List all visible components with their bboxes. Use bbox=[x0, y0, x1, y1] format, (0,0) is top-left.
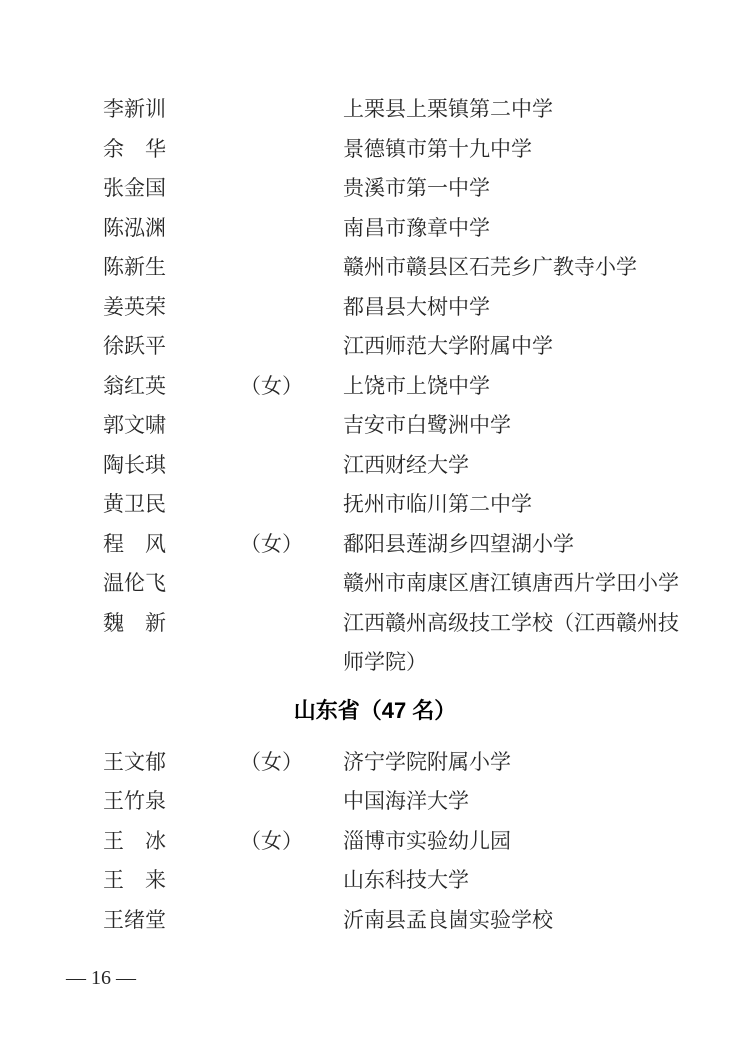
gender-marker: （女） bbox=[240, 743, 343, 783]
roster-row: 王 来 山东科技大学 bbox=[0, 861, 750, 901]
roster-row: 陈新生 赣州市赣县区石芫乡广教寺小学 bbox=[0, 248, 750, 288]
roster-row: 程 风 （女） 鄱阳县莲湖乡四望湖小学 bbox=[0, 525, 750, 565]
province-section: 山东省（47 名） 王文郁 （女） 济宁学院附属小学 王竹泉 中国海洋大学 王 … bbox=[0, 691, 750, 941]
school-name: 江西赣州高级技工学校（江西赣州技师学院） bbox=[343, 604, 680, 683]
roster-rows: 王文郁 （女） 济宁学院附属小学 王竹泉 中国海洋大学 王 冰 （女） 淄博市实… bbox=[0, 743, 750, 941]
person-name: 张金国 bbox=[103, 169, 240, 209]
person-name: 王绪堂 bbox=[103, 901, 240, 941]
gender-marker: （女） bbox=[240, 367, 343, 407]
roster-row: 王竹泉 中国海洋大学 bbox=[0, 782, 750, 822]
roster-row: 陈泓渊 南昌市豫章中学 bbox=[0, 209, 750, 249]
school-name: 山东科技大学 bbox=[343, 861, 680, 901]
roster: 李新训 上栗县上栗镇第二中学 余 华 景德镇市第十九中学 张金国 贵溪市第一中学… bbox=[0, 90, 750, 940]
person-name: 王 冰 bbox=[103, 822, 240, 862]
school-name: 抚州市临川第二中学 bbox=[343, 485, 680, 525]
school-name: 景德镇市第十九中学 bbox=[343, 130, 680, 170]
roster-row: 余 华 景德镇市第十九中学 bbox=[0, 130, 750, 170]
roster-rows: 李新训 上栗县上栗镇第二中学 余 华 景德镇市第十九中学 张金国 贵溪市第一中学… bbox=[0, 90, 750, 683]
school-name: 江西财经大学 bbox=[343, 446, 680, 486]
school-name: 沂南县孟良崮实验学校 bbox=[343, 901, 680, 941]
province-header: 山东省（47 名） bbox=[0, 691, 750, 731]
roster-row: 黄卫民 抚州市临川第二中学 bbox=[0, 485, 750, 525]
school-name: 淄博市实验幼儿园 bbox=[343, 822, 680, 862]
roster-row: 魏 新 江西赣州高级技工学校（江西赣州技师学院） bbox=[0, 604, 750, 683]
roster-row: 王 冰 （女） 淄博市实验幼儿园 bbox=[0, 822, 750, 862]
person-name: 陶长琪 bbox=[103, 446, 240, 486]
person-name: 魏 新 bbox=[103, 604, 240, 644]
person-name: 余 华 bbox=[103, 130, 240, 170]
roster-row: 郭文啸 吉安市白鹭洲中学 bbox=[0, 406, 750, 446]
school-name: 济宁学院附属小学 bbox=[343, 743, 680, 783]
person-name: 李新训 bbox=[103, 90, 240, 130]
roster-row: 王绪堂 沂南县孟良崮实验学校 bbox=[0, 901, 750, 941]
person-name: 王文郁 bbox=[103, 743, 240, 783]
page-number: — 16 — bbox=[66, 966, 136, 990]
person-name: 徐跃平 bbox=[103, 327, 240, 367]
roster-row: 翁红英 （女） 上饶市上饶中学 bbox=[0, 367, 750, 407]
person-name: 温伦飞 bbox=[103, 564, 240, 604]
school-name: 赣州市南康区唐江镇唐西片学田小学 bbox=[343, 564, 680, 604]
province-section: 李新训 上栗县上栗镇第二中学 余 华 景德镇市第十九中学 张金国 贵溪市第一中学… bbox=[0, 90, 750, 683]
school-name: 南昌市豫章中学 bbox=[343, 209, 680, 249]
school-name: 江西师范大学附属中学 bbox=[343, 327, 680, 367]
document-page: 李新训 上栗县上栗镇第二中学 余 华 景德镇市第十九中学 张金国 贵溪市第一中学… bbox=[0, 0, 750, 1060]
roster-row: 张金国 贵溪市第一中学 bbox=[0, 169, 750, 209]
roster-row: 陶长琪 江西财经大学 bbox=[0, 446, 750, 486]
roster-row: 王文郁 （女） 济宁学院附属小学 bbox=[0, 743, 750, 783]
school-name: 贵溪市第一中学 bbox=[343, 169, 680, 209]
gender-marker: （女） bbox=[240, 822, 343, 862]
person-name: 郭文啸 bbox=[103, 406, 240, 446]
person-name: 王竹泉 bbox=[103, 782, 240, 822]
person-name: 陈新生 bbox=[103, 248, 240, 288]
school-name: 吉安市白鹭洲中学 bbox=[343, 406, 680, 446]
school-name: 上饶市上饶中学 bbox=[343, 367, 680, 407]
school-name: 赣州市赣县区石芫乡广教寺小学 bbox=[343, 248, 680, 288]
roster-row: 徐跃平 江西师范大学附属中学 bbox=[0, 327, 750, 367]
school-name: 都昌县大树中学 bbox=[343, 288, 680, 328]
roster-row: 姜英荣 都昌县大树中学 bbox=[0, 288, 750, 328]
roster-row: 李新训 上栗县上栗镇第二中学 bbox=[0, 90, 750, 130]
person-name: 程 风 bbox=[103, 525, 240, 565]
person-name: 黄卫民 bbox=[103, 485, 240, 525]
person-name: 姜英荣 bbox=[103, 288, 240, 328]
roster-row: 温伦飞 赣州市南康区唐江镇唐西片学田小学 bbox=[0, 564, 750, 604]
person-name: 陈泓渊 bbox=[103, 209, 240, 249]
school-name: 中国海洋大学 bbox=[343, 782, 680, 822]
person-name: 王 来 bbox=[103, 861, 240, 901]
person-name: 翁红英 bbox=[103, 367, 240, 407]
school-name: 上栗县上栗镇第二中学 bbox=[343, 90, 680, 130]
gender-marker: （女） bbox=[240, 525, 343, 565]
school-name: 鄱阳县莲湖乡四望湖小学 bbox=[343, 525, 680, 565]
